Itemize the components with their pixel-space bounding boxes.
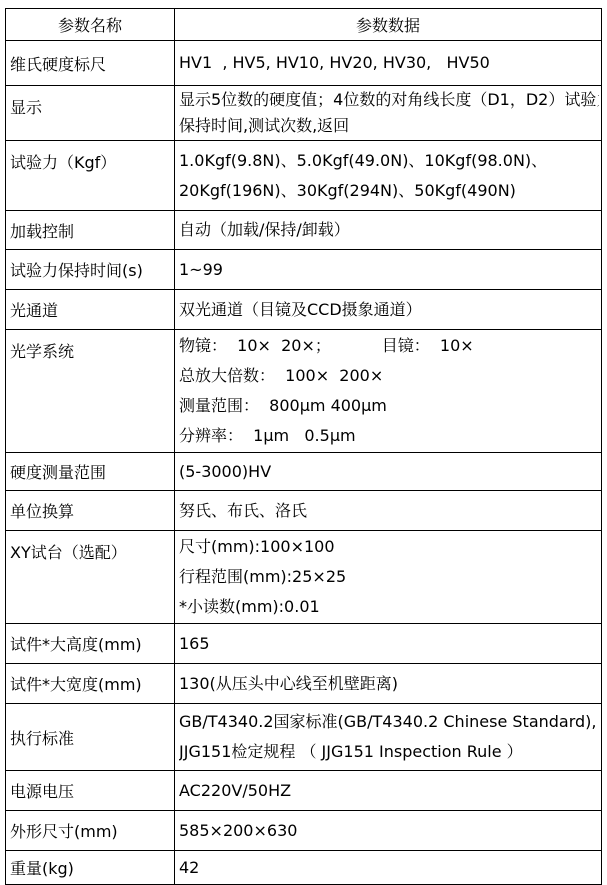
value-line: JJG151检定规程 （ JJG151 Inspection Rule ） [179, 737, 599, 767]
param-name-cell: 试件*大高度(mm) [6, 624, 175, 664]
table-row: 试验力保持时间(s) 1~99 [6, 250, 602, 290]
table-row: 电源电压 AC220V/50HZ [6, 771, 602, 811]
value-line: *小读数(mm):0.01 [179, 592, 599, 622]
param-value-cell: (5-3000)HV [175, 453, 602, 491]
table-row: 重量(kg) 42 [6, 851, 602, 885]
param-name-cell: 试验力（Kgf） [6, 141, 175, 211]
value-line: 130(从压头中心线至机壁距离) [179, 669, 599, 699]
value-line: 测量范围： 800μm 400μm [179, 391, 599, 421]
param-name-cell: 重量(kg) [6, 851, 175, 885]
param-name-cell: 执行标准 [6, 704, 175, 771]
value-line: 1.0Kgf(9.8N)、5.0Kgf(49.0N)、10Kgf(98.0N)、 [179, 146, 599, 176]
value-line: 分辨率： 1μm 0.5μm [179, 421, 599, 451]
param-name-cell: 试件*大宽度(mm) [6, 664, 175, 704]
param-name-cell: 试验力保持时间(s) [6, 250, 175, 290]
value-line: 585×200×630 [179, 816, 599, 846]
param-value-cell: 165 [175, 624, 602, 664]
value-line: 双光通道（目镜及CCD摄象通道） [179, 295, 599, 325]
param-value-cell: 585×200×630 [175, 811, 602, 851]
value-line: 物镜： 10× 20×； 目镜： 10× [179, 331, 599, 361]
table-row: 执行标准 GB/T4340.2国家标准(GB/T4340.2 Chinese S… [6, 704, 602, 771]
param-value-cell: 自动（加载/保持/卸载） [175, 211, 602, 250]
value-line: 165 [179, 629, 599, 659]
param-name-cell: XY试台（选配） [6, 531, 175, 624]
param-value-cell: 显示5位数的硬度值；4位数的对角线长度（D1，D2）试验力, 保持时间,测试次数… [175, 86, 602, 141]
param-name-cell: 电源电压 [6, 771, 175, 811]
param-name-cell: 光通道 [6, 290, 175, 330]
value-line: 显示5位数的硬度值；4位数的对角线长度（D1，D2）试验力, [179, 87, 599, 113]
value-line: (5-3000)HV [179, 457, 599, 487]
param-name-cell: 硬度测量范围 [6, 453, 175, 491]
column-header-param-data: 参数数据 [175, 9, 602, 41]
param-name-cell: 加载控制 [6, 211, 175, 250]
value-line: 1~99 [179, 255, 599, 285]
table-row: 维氏硬度标尺 HV1 , HV5, HV10, HV20, HV30, HV50 [6, 41, 602, 86]
param-name-cell: 维氏硬度标尺 [6, 41, 175, 86]
column-header-param-name: 参数名称 [6, 9, 175, 41]
table-row: 试件*大宽度(mm) 130(从压头中心线至机壁距离) [6, 664, 602, 704]
param-value-cell: 双光通道（目镜及CCD摄象通道） [175, 290, 602, 330]
param-value-cell: HV1 , HV5, HV10, HV20, HV30, HV50 [175, 41, 602, 86]
param-value-cell: 1~99 [175, 250, 602, 290]
spec-table: 参数名称 参数数据 维氏硬度标尺 HV1 , HV5, HV10, HV20, … [5, 8, 602, 885]
table-row: 光通道 双光通道（目镜及CCD摄象通道） [6, 290, 602, 330]
value-line: 保持时间,测试次数,返回 [179, 113, 599, 139]
value-line: 总放大倍数： 100× 200× [179, 361, 599, 391]
param-value-cell: 努氏、布氏、洛氏 [175, 491, 602, 531]
param-value-cell: 130(从压头中心线至机壁距离) [175, 664, 602, 704]
table-row: 硬度测量范围 (5-3000)HV [6, 453, 602, 491]
param-value-cell: 1.0Kgf(9.8N)、5.0Kgf(49.0N)、10Kgf(98.0N)、… [175, 141, 602, 211]
value-line: 20Kgf(196N)、30Kgf(294N)、50Kgf(490N) [179, 176, 599, 206]
table-row: 试验力（Kgf） 1.0Kgf(9.8N)、5.0Kgf(49.0N)、10Kg… [6, 141, 602, 211]
param-name-cell: 外形尺寸(mm) [6, 811, 175, 851]
value-line: HV1 , HV5, HV10, HV20, HV30, HV50 [179, 48, 599, 78]
value-line: 努氏、布氏、洛氏 [179, 496, 599, 526]
param-value-cell: 尺寸(mm):100×100 行程范围(mm):25×25 *小读数(mm):0… [175, 531, 602, 624]
param-name-cell: 光学系统 [6, 330, 175, 453]
value-line: 自动（加载/保持/卸载） [179, 215, 599, 245]
table-row: 试件*大高度(mm) 165 [6, 624, 602, 664]
value-line: 42 [179, 853, 599, 883]
value-line: 尺寸(mm):100×100 [179, 532, 599, 562]
param-value-cell: 物镜： 10× 20×； 目镜： 10× 总放大倍数： 100× 200× 测量… [175, 330, 602, 453]
table-row: XY试台（选配） 尺寸(mm):100×100 行程范围(mm):25×25 *… [6, 531, 602, 624]
page: 参数名称 参数数据 维氏硬度标尺 HV1 , HV5, HV10, HV20, … [0, 0, 607, 880]
table-header-row: 参数名称 参数数据 [6, 9, 602, 41]
param-name-cell: 显示 [6, 86, 175, 141]
value-line: GB/T4340.2国家标准(GB/T4340.2 Chinese Standa… [179, 707, 599, 737]
param-name-cell: 单位换算 [6, 491, 175, 531]
table-row: 光学系统 物镜： 10× 20×； 目镜： 10× 总放大倍数： 100× 20… [6, 330, 602, 453]
table-row: 外形尺寸(mm) 585×200×630 [6, 811, 602, 851]
param-value-cell: GB/T4340.2国家标准(GB/T4340.2 Chinese Standa… [175, 704, 602, 771]
table-row: 单位换算 努氏、布氏、洛氏 [6, 491, 602, 531]
table-row: 加载控制 自动（加载/保持/卸载） [6, 211, 602, 250]
param-value-cell: 42 [175, 851, 602, 885]
value-line: AC220V/50HZ [179, 776, 599, 806]
param-value-cell: AC220V/50HZ [175, 771, 602, 811]
value-line: 行程范围(mm):25×25 [179, 562, 599, 592]
table-row: 显示 显示5位数的硬度值；4位数的对角线长度（D1，D2）试验力, 保持时间,测… [6, 86, 602, 141]
